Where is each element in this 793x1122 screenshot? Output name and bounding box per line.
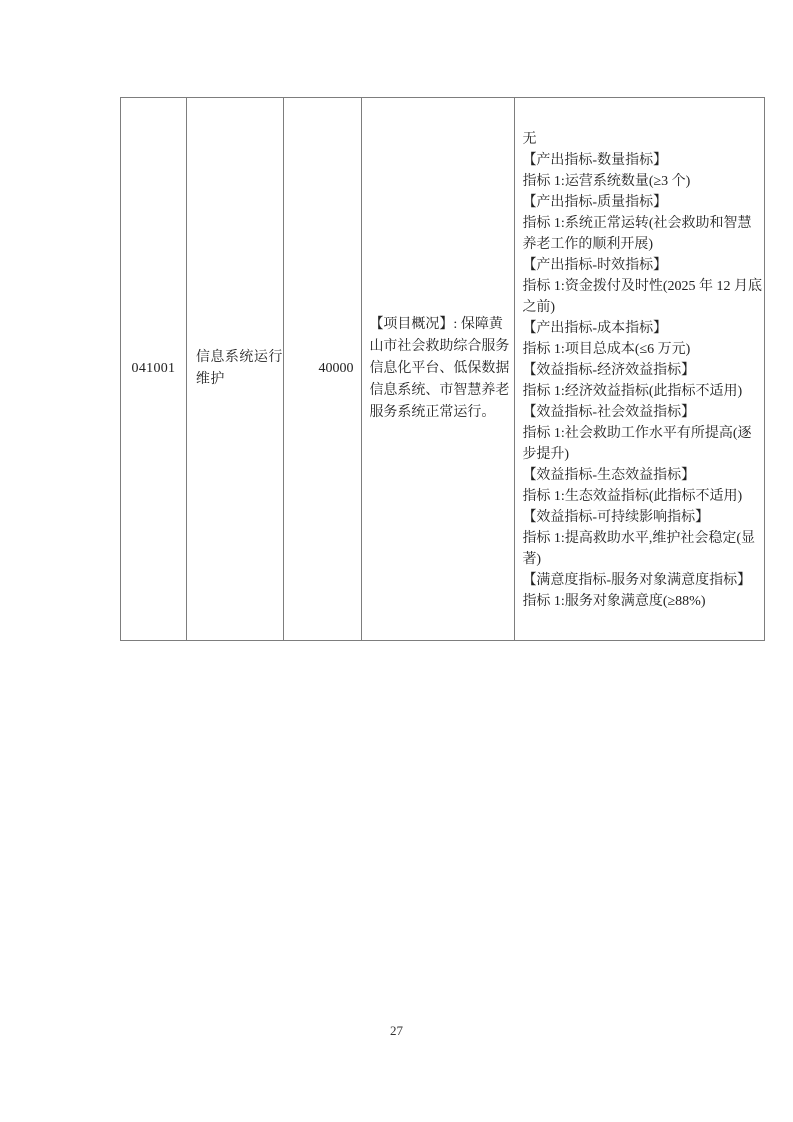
text-line: 指标 1:系统正常运转(社会救助和智慧: [522, 213, 762, 234]
table-cell-amount: 40000: [284, 98, 363, 640]
text-line: 【效益指标-生态效益指标】: [522, 465, 762, 486]
project-amount: 40000: [318, 361, 353, 377]
text-line: 步提升): [522, 444, 762, 465]
text-line: 信息化平台、低保数据: [369, 358, 509, 380]
table-cell-code: 041001: [121, 98, 187, 640]
text-line: 【产出指标-成本指标】: [522, 318, 762, 339]
text-line: 指标 1:社会救助工作水平有所提高(逐: [522, 423, 762, 444]
text-line: 山市社会救助综合服务: [369, 336, 509, 358]
text-line: 【项目概况】: 保障黄: [369, 314, 509, 336]
text-line: 【产出指标-质量指标】: [522, 192, 762, 213]
text-line: 维护: [196, 369, 283, 391]
table-cell-name: 信息系统运行维护: [187, 98, 284, 640]
text-line: 无: [522, 129, 762, 150]
text-line: 之前): [522, 297, 762, 318]
text-line: 指标 1:服务对象满意度(≥88%): [522, 591, 762, 612]
text-line: 【效益指标-经济效益指标】: [522, 360, 762, 381]
text-line: 指标 1:提高救助水平,维护社会稳定(显: [522, 528, 762, 549]
text-line: 【效益指标-可持续影响指标】: [522, 507, 762, 528]
text-line: 【产出指标-时效指标】: [522, 255, 762, 276]
text-line: 指标 1:经济效益指标(此指标不适用): [522, 381, 762, 402]
text-line: 指标 1:生态效益指标(此指标不适用): [522, 486, 762, 507]
text-line: 著): [522, 549, 762, 570]
text-line: 服务系统正常运行。: [369, 402, 509, 424]
table-cell-indicators: 无【产出指标-数量指标】指标 1:运营系统数量(≥3 个)【产出指标-质量指标】…: [515, 98, 764, 640]
text-line: 养老工作的顺利开展): [522, 234, 762, 255]
budget-table: 041001 信息系统运行维护 40000 【项目概况】: 保障黄山市社会救助综…: [120, 97, 765, 641]
text-line: 【满意度指标-服务对象满意度指标】: [522, 570, 762, 591]
document-page: 041001 信息系统运行维护 40000 【项目概况】: 保障黄山市社会救助综…: [0, 0, 793, 1122]
text-line: 指标 1:项目总成本(≤6 万元): [522, 339, 762, 360]
text-line: 【效益指标-社会效益指标】: [522, 402, 762, 423]
text-line: 指标 1:运营系统数量(≥3 个): [522, 171, 762, 192]
text-line: 信息系统运行: [196, 347, 283, 369]
table-cell-overview: 【项目概况】: 保障黄山市社会救助综合服务信息化平台、低保数据信息系统、市智慧养…: [362, 98, 515, 640]
text-line: 【产出指标-数量指标】: [522, 150, 762, 171]
project-code: 041001: [132, 361, 176, 377]
text-line: 指标 1:资金拨付及时性(2025 年 12 月底: [522, 276, 762, 297]
text-line: 信息系统、市智慧养老: [369, 380, 509, 402]
page-number: 27: [0, 1023, 793, 1039]
